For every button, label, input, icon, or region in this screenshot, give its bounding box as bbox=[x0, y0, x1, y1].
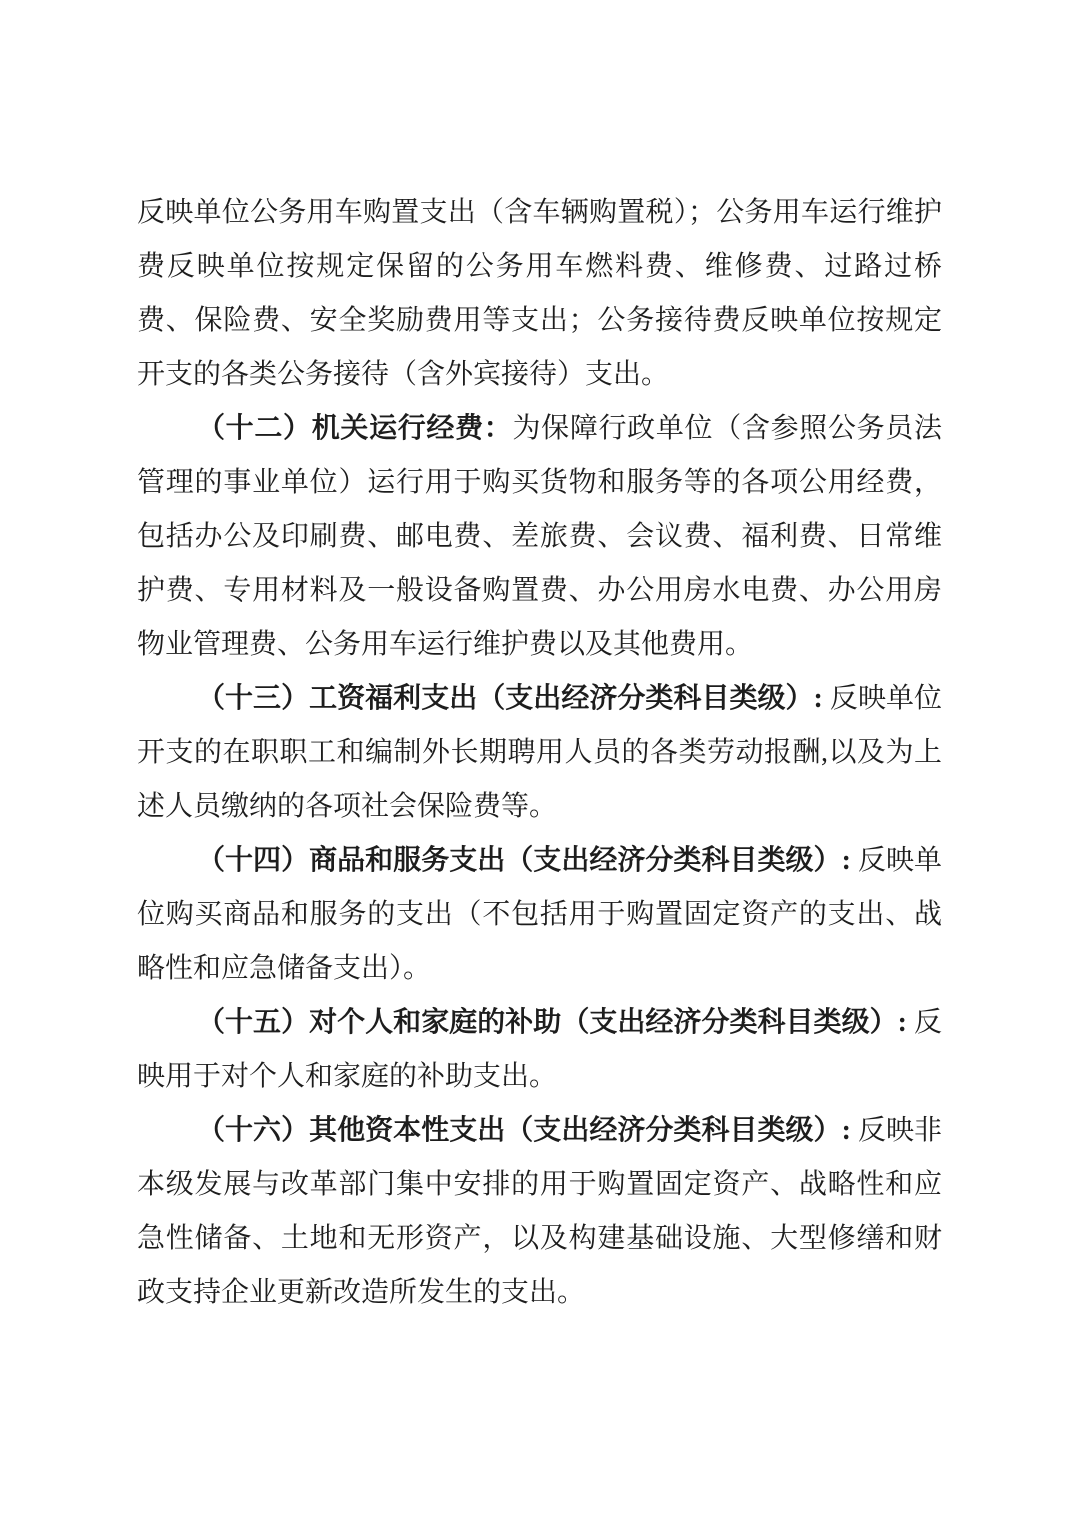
paragraph-heading-text: （十五）对个人和家庭的补助（支出经济分类科目类级）: bbox=[197, 1007, 914, 1038]
paragraph-heading-text: （十三）工资福利支出（支出经济分类科目类级）: bbox=[197, 683, 830, 714]
document-text-block: 反映单位公务用车购置支出（含车辆购置税）；公务用车运行维护费反映单位按规定保留的… bbox=[137, 186, 942, 1320]
paragraph-body-text: 反映单位公务用车购置支出（含车辆购置税）；公务用车运行维护费反映单位按规定保留的… bbox=[137, 197, 942, 390]
paragraph-item-12-agency-operating-funds: （十二）机关运行经费：为保障行政单位（含参照公务员法管理的事业单位）运行用于购买… bbox=[137, 402, 942, 672]
paragraph-item-16-other-capital-expenditure: （十六）其他资本性支出（支出经济分类科目类级）: 反映非本级发展与改革部门集中安… bbox=[137, 1104, 942, 1320]
paragraph-heading-text: （十六）其他资本性支出（支出经济分类科目类级）: bbox=[197, 1115, 858, 1146]
paragraph-item-15-individual-family-subsidies: （十五）对个人和家庭的补助（支出经济分类科目类级）: 反映用于对个人和家庭的补助… bbox=[137, 996, 942, 1104]
paragraph-heading-text: （十二）机关运行经费： bbox=[197, 413, 512, 444]
paragraph-heading-text: （十四）商品和服务支出（支出经济分类科目类级）: bbox=[197, 845, 858, 876]
paragraph-vehicle-expense-continuation: 反映单位公务用车购置支出（含车辆购置税）；公务用车运行维护费反映单位按规定保留的… bbox=[137, 186, 942, 402]
document-page: 反映单位公务用车购置支出（含车辆购置税）；公务用车运行维护费反映单位按规定保留的… bbox=[0, 0, 1074, 1520]
paragraph-item-14-goods-services-expenditure: （十四）商品和服务支出（支出经济分类科目类级）: 反映单位购买商品和服务的支出（… bbox=[137, 834, 942, 996]
paragraph-body-text: 为保障行政单位（含参照公务员法管理的事业单位）运行用于购买货物和服务等的各项公用… bbox=[137, 413, 942, 660]
paragraph-item-13-salary-welfare-expenditure: （十三）工资福利支出（支出经济分类科目类级）: 反映单位开支的在职职工和编制外长… bbox=[137, 672, 942, 834]
